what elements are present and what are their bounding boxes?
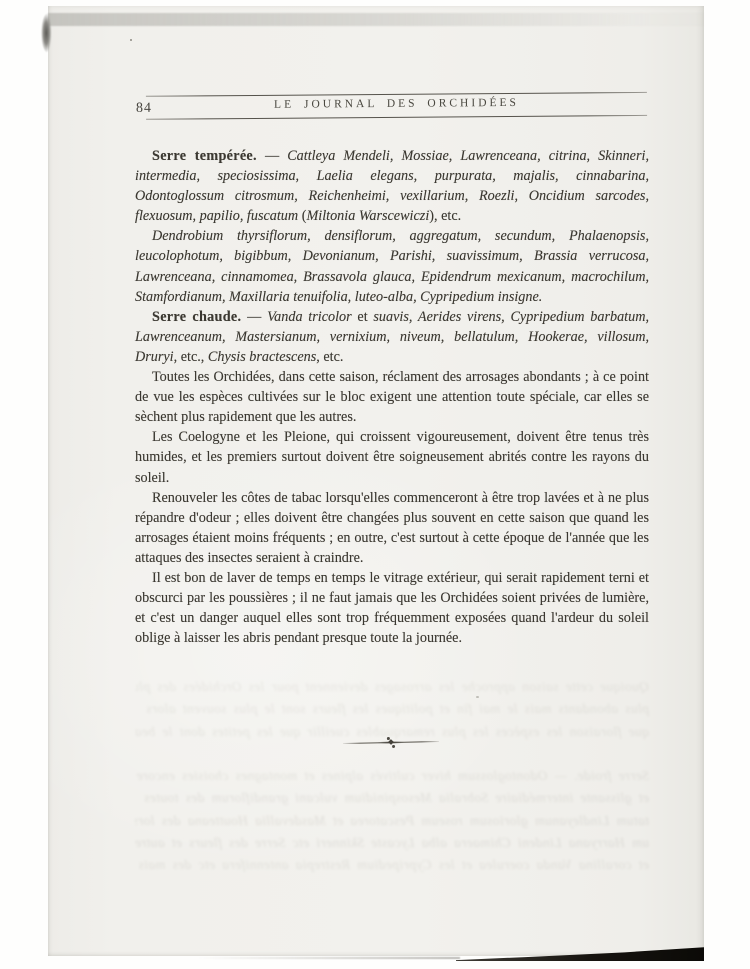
- text-run: Miltonia Warscewiczi: [306, 208, 429, 224]
- text-run: Dendrobium thyrsiflorum, densiflorum, ag…: [135, 228, 649, 304]
- paragraph: Dendrobium thyrsiflorum, densiflorum, ag…: [135, 226, 649, 306]
- text-run: , etc.,: [174, 349, 208, 365]
- scan-speck: [476, 696, 479, 698]
- text-run: ), etc.: [429, 208, 461, 224]
- showthrough-line: plus abondants mais le mai fin et politi…: [135, 698, 649, 720]
- paragraph: Il est bon de laver de temps en temps le…: [135, 568, 649, 648]
- text-run: Serre chaude.: [152, 309, 241, 325]
- scan-artifact-bottom-edge: [456, 947, 704, 961]
- page-header: 84 LE JOURNAL DES ORCHIDÉES: [47, 3, 703, 8]
- showthrough-block: Quoique cette saison approche les arrosa…: [135, 676, 649, 877]
- text-run: Chysis bractescens: [208, 349, 316, 365]
- showthrough-line: um Harryana Lindeni Chimaera alba Lycast…: [135, 832, 649, 854]
- showthrough-line: Quoique cette saison approche les arrosa…: [135, 676, 649, 698]
- divider-dot: [387, 737, 390, 740]
- scan-speck: [130, 39, 132, 41]
- section-divider: [343, 738, 439, 748]
- header-rule-bottom: [146, 115, 647, 120]
- journal-title: LE JOURNAL DES ORCHIDÉES: [146, 96, 647, 112]
- paragraph: Les Coelogyne et les Pleione, qui croiss…: [135, 427, 649, 487]
- showthrough-line: tatum Lindleyanum gloriosum roseum Pesca…: [135, 810, 649, 832]
- scan-artifact-bottom-streak: [198, 957, 460, 959]
- showthrough-line: et glissante intermédiaire Sobralia Meso…: [135, 787, 649, 809]
- scan-canvas: { "colors": { "paper": "#f0efeb", "ink":…: [0, 0, 750, 969]
- body-text: Serre tempérée. — Cattleya Mendeli, Moss…: [135, 146, 649, 648]
- text-run: Il est bon de laver de temps en temps le…: [135, 570, 649, 646]
- text-run: —: [257, 148, 287, 164]
- paragraph: Serre tempérée. — Cattleya Mendeli, Moss…: [135, 146, 649, 226]
- text-run: —: [241, 309, 267, 325]
- divider-dot: [392, 745, 395, 748]
- scan-artifact-top-band: [48, 13, 704, 26]
- text-run: Les Coelogyne et les Pleione, qui croiss…: [135, 429, 649, 485]
- text-run: Toutes les Orchidées, dans cette saison,…: [135, 369, 649, 425]
- scan-artifact-corner-mark: [41, 13, 55, 53]
- text-run: , etc.: [316, 349, 343, 365]
- scanned-page: 84 LE JOURNAL DES ORCHIDÉES Serre tempér…: [48, 6, 704, 956]
- showthrough-line: Serre froide. — Odontoglossum hiver cult…: [135, 765, 649, 787]
- paragraph: Renouveler les côtes de tabac lorsqu'ell…: [135, 488, 649, 568]
- showthrough-line: et corallina Vanda coerulea et les Cypri…: [135, 854, 649, 876]
- text-run: Vanda tricolor: [267, 309, 352, 325]
- text-run: Renouveler les côtes de tabac lorsqu'ell…: [135, 490, 649, 566]
- paragraph: Serre chaude. — Vanda tricolor et suavis…: [135, 307, 649, 367]
- text-run: Serre tempérée.: [152, 148, 257, 164]
- text-run: et: [352, 309, 374, 325]
- paragraph: Toutes les Orchidées, dans cette saison,…: [135, 367, 649, 427]
